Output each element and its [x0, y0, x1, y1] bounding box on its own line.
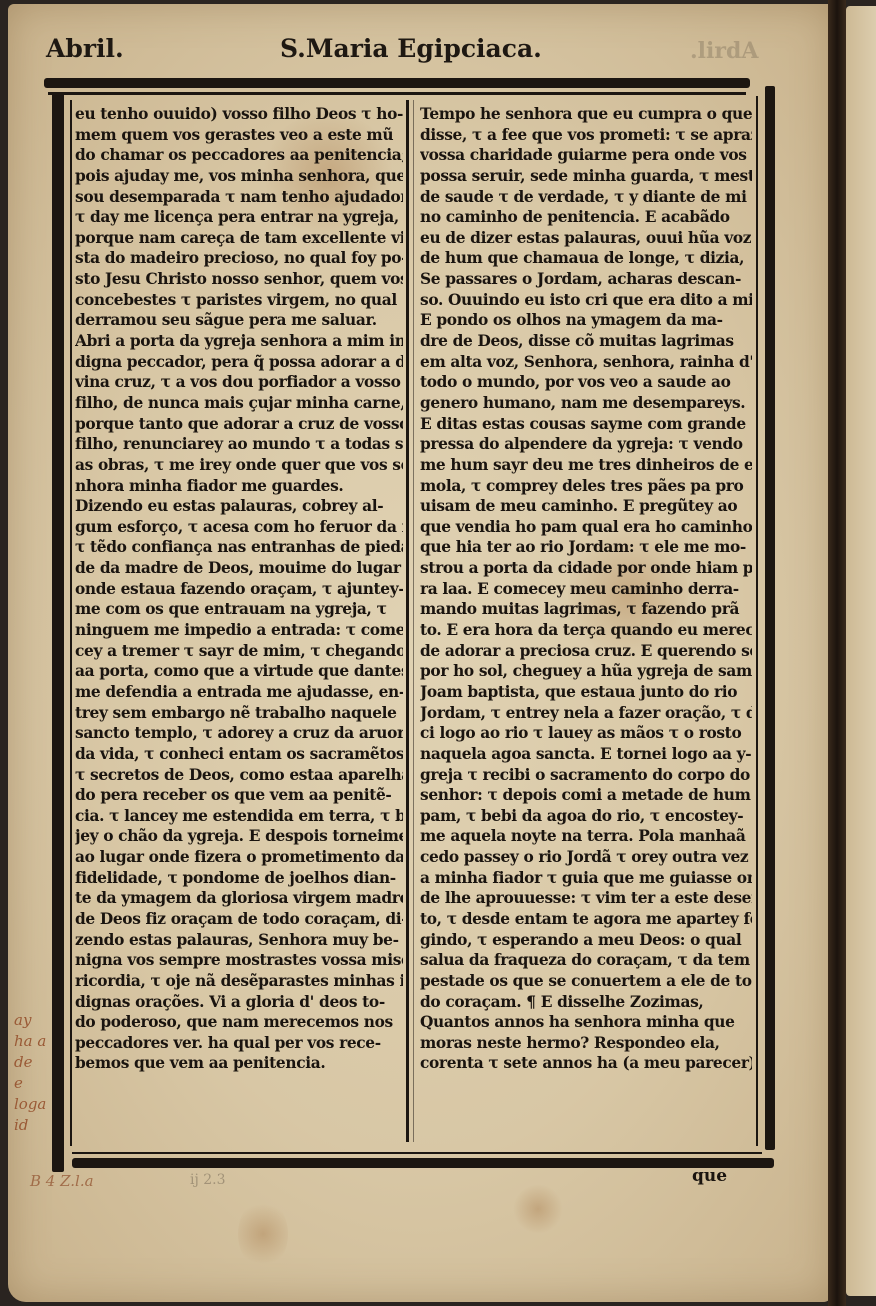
text-line: pois ajuday me, vos minha senhora, que — [75, 166, 403, 187]
running-header: Abril. S.Maria Egipciaca. .lirdA — [0, 28, 876, 68]
text-line: nigna vos sempre mostrastes vossa mise- — [75, 950, 403, 971]
text-line: filho, renunciarey ao mundo τ a todas su — [75, 434, 403, 455]
text-line: fidelidade, τ pondome de joelhos dian- — [75, 868, 403, 889]
text-line: me com os que entrauam na ygreja, τ — [75, 599, 403, 620]
top-border-rule — [44, 78, 750, 88]
text-line: dignas orações. Vi a gloria d' deos to- — [75, 992, 403, 1013]
text-line: gum esforço, τ acesa com ho feruor da fe… — [75, 517, 403, 538]
catchword: que — [692, 1166, 727, 1186]
text-line: porque tanto que adorar a cruz de vosso — [75, 414, 403, 435]
text-line: aa porta, como que a virtude que dantes — [75, 661, 403, 682]
text-column-right: Tempo he senhora que eu cumpra o quediss… — [420, 104, 752, 1074]
text-line: Tempo he senhora que eu cumpra o que — [420, 104, 752, 125]
text-line: de Deos fiz oraçam de todo coraçam, di- — [75, 909, 403, 930]
text-line: gindo, τ esperando a meu Deos: o qual — [420, 930, 752, 951]
text-line: mem quem vos gerastes veo a este mũ — [75, 125, 403, 146]
text-line: Se passares o Jordam, acharas descan- — [420, 269, 752, 290]
text-line: concebestes τ paristes virgem, no qual — [75, 290, 403, 311]
text-line: derramou seu sãgue pera me saluar. — [75, 310, 403, 331]
text-line: do coraçam. ¶ E disselhe Zozimas, — [420, 992, 752, 1013]
text-line: trey sem embargo nẽ trabalho naquele — [75, 703, 403, 724]
text-line: do pera receber os que vem aa penitẽ- — [75, 785, 403, 806]
text-line: que vendia ho pam qual era ho caminho — [420, 517, 752, 538]
text-line: disse, τ a fee que vos prometi: τ se apr… — [420, 125, 752, 146]
book-binding-gutter — [828, 0, 846, 1306]
text-line: ricordia, τ oje nã desẽparastes minhas i… — [75, 971, 403, 992]
text-line: filho, de nunca mais çujar minha carne, — [75, 393, 403, 414]
left-inner-rule — [70, 100, 72, 1146]
text-line: cia. τ lancey me estendida em terra, τ b… — [75, 806, 403, 827]
text-line: te da ymagem da gloriosa virgem madre — [75, 888, 403, 909]
text-line: to, τ desde entam te agora me apartey fo — [420, 909, 752, 930]
text-line: me defendia a entrada me ajudasse, en- — [75, 682, 403, 703]
text-line: Dizendo eu estas palauras, cobrey al- — [75, 496, 403, 517]
right-border-rule — [765, 86, 775, 1150]
text-line: τ tẽdo confiança nas entranhas de pieda — [75, 537, 403, 558]
text-line: Jordam, τ entrey nela a fazer oração, τ … — [420, 703, 752, 724]
text-line: que hia ter ao rio Jordam: τ ele me mo- — [420, 537, 752, 558]
text-line: cey a tremer τ sayr de mim, τ chegando — [75, 641, 403, 662]
text-line: digna peccador, pera q̃ possa adorar a d… — [75, 352, 403, 373]
text-line: pressa do alpendere da ygreja: τ vendo — [420, 434, 752, 455]
text-line: de saude τ de verdade, τ y diante de mi — [420, 187, 752, 208]
bottom-inner-rule — [72, 1152, 762, 1154]
text-line: τ day me licença pera entrar na ygreja, — [75, 207, 403, 228]
text-line: Quantos annos ha senhora minha que — [420, 1012, 752, 1033]
text-line: mola, τ comprey deles tres pães pa pro — [420, 476, 752, 497]
text-line: do chamar os peccadores aa penitencia; — [75, 145, 403, 166]
adjacent-page-edge — [846, 6, 876, 1296]
bottom-border-rule — [72, 1158, 774, 1168]
running-title: S.Maria Egipciaca. — [280, 34, 542, 63]
text-line: onde estaua fazendo oraçam, τ ajuntey- — [75, 579, 403, 600]
text-line: dre de Deos, disse cõ muitas lagrimas — [420, 331, 752, 352]
foxing-stain — [513, 1184, 563, 1234]
text-line: so. Ouuindo eu isto cri que era dito a m… — [420, 290, 752, 311]
text-line: em alta voz, Senhora, senhora, rainha d' — [420, 352, 752, 373]
text-line: E pondo os olhos na ymagem da ma- — [420, 310, 752, 331]
text-line: eu de dizer estas palauras, ouui hũa voz — [420, 228, 752, 249]
text-line: strou a porta da cidade por onde hiam pe — [420, 558, 752, 579]
text-line: ra laa. E comecey meu caminho derra- — [420, 579, 752, 600]
text-line: sou desemparada τ nam tenho ajudador — [75, 187, 403, 208]
text-line: de lhe aprouuesse: τ vim ter a este dese… — [420, 888, 752, 909]
text-line: do poderoso, que nam merecemos nos — [75, 1012, 403, 1033]
text-line: ninguem me impedio a entrada: τ come — [75, 620, 403, 641]
text-line: ci logo ao rio τ lauey as mãos τ o rosto — [420, 723, 752, 744]
showthrough-folio: ij 2.3 — [190, 1172, 226, 1188]
text-line: vossa charidade guiarme pera onde vos — [420, 145, 752, 166]
top-inner-rule — [48, 92, 746, 95]
column-divider — [406, 100, 409, 1142]
text-line: genero humano, nam me desempareys. — [420, 393, 752, 414]
text-line: pestade os que se conuertem a ele de to- — [420, 971, 752, 992]
text-line: moras neste hermo? Respondeo ela, — [420, 1033, 752, 1054]
text-line: mando muitas lagrimas, τ fazendo prã — [420, 599, 752, 620]
text-line: sto Jesu Christo nosso senhor, quem vos — [75, 269, 403, 290]
text-line: pam, τ bebi da agoa do rio, τ encostey- — [420, 806, 752, 827]
text-line: Joam baptista, que estaua junto do rio — [420, 682, 752, 703]
right-inner-rule — [756, 96, 758, 1146]
text-line: zendo estas palauras, Senhora muy be- — [75, 930, 403, 951]
text-line: de adorar a preciosa cruz. E querendo se — [420, 641, 752, 662]
text-line: as obras, τ me irey onde quer que vos se — [75, 455, 403, 476]
text-column-left: eu tenho ouuido) vosso filho Deos τ ho-m… — [75, 104, 403, 1074]
column-divider-inner — [413, 100, 414, 1142]
showthrough-text: .lirdA — [690, 38, 758, 64]
text-line: sta do madeiro precioso, no qual foy po- — [75, 248, 403, 269]
left-border-rule — [52, 92, 64, 1172]
text-line: possa seruir, sede minha guarda, τ mestr… — [420, 166, 752, 187]
text-line: eu tenho ouuido) vosso filho Deos τ ho- — [75, 104, 403, 125]
text-line: porque nam careça de tam excellente vi- — [75, 228, 403, 249]
text-line: me aquela noyte na terra. Pola manhaã — [420, 826, 752, 847]
text-line: senhor: τ depois comi a metade de hum — [420, 785, 752, 806]
text-line: nhora minha fiador me guardes. — [75, 476, 403, 497]
text-line: me hum sayr deu me tres dinheiros de es — [420, 455, 752, 476]
text-line: de hum que chamaua de longe, τ dizia, — [420, 248, 752, 269]
text-line: vina cruz, τ a vos dou porfiador a vosso — [75, 372, 403, 393]
text-line: uisam de meu caminho. E pregũtey ao — [420, 496, 752, 517]
text-line: sancto templo, τ adorey a cruz da aruore — [75, 723, 403, 744]
text-line: Abri a porta da ygreja senhora a mim in — [75, 331, 403, 352]
handwritten-marginalia-bottom: B 4 Z.l.a — [30, 1172, 94, 1190]
text-line: greja τ recibi o sacramento do corpo do — [420, 765, 752, 786]
foxing-stain — [238, 1199, 288, 1269]
text-line: to. E era hora da terça quando eu mereci — [420, 620, 752, 641]
text-line: corenta τ sete annos ha (a meu parecer) — [420, 1053, 752, 1074]
text-line: jey o chão da ygreja. E despois torneime — [75, 826, 403, 847]
text-line: τ secretos de Deos, como estaa aparelha — [75, 765, 403, 786]
text-line: salua da fraqueza do coraçam, τ da tem — [420, 950, 752, 971]
text-line: cedo passey o rio Jordã τ orey outra vez — [420, 847, 752, 868]
text-line: por ho sol, cheguey a hũa ygreja de sam — [420, 661, 752, 682]
text-line: da vida, τ conheci entam os sacramẽtos — [75, 744, 403, 765]
text-line: de da madre de Deos, mouime do lugar — [75, 558, 403, 579]
text-line: naquela agoa sancta. E tornei logo aa y- — [420, 744, 752, 765]
running-month: Abril. — [46, 34, 124, 63]
text-line: todo o mundo, por vos veo a saude ao — [420, 372, 752, 393]
text-line: peccadores ver. ha qual per vos rece- — [75, 1033, 403, 1054]
text-line: bemos que vem aa penitencia. — [75, 1053, 403, 1074]
text-line: E ditas estas cousas sayme com grande — [420, 414, 752, 435]
text-line: ao lugar onde fizera o prometimento da — [75, 847, 403, 868]
handwritten-marginalia: ay ha a de e loga id — [14, 1010, 50, 1136]
text-line: no caminho de penitencia. E acabãdo — [420, 207, 752, 228]
text-line: a minha fiador τ guia que me guiasse on — [420, 868, 752, 889]
